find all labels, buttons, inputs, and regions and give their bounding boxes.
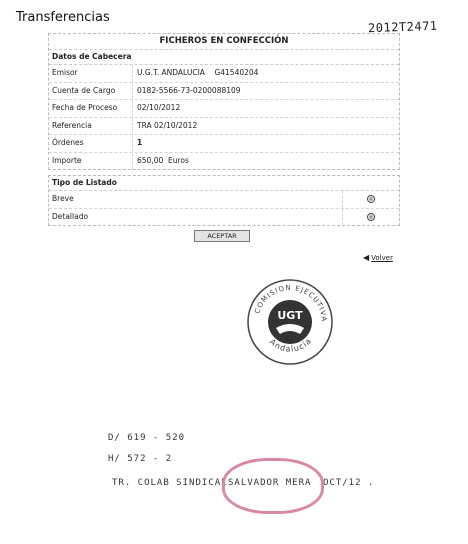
svg-text:UGT: UGT bbox=[277, 309, 303, 322]
handwritten-note-line2: H/ 572 - 2 bbox=[108, 454, 172, 464]
header-data-box: FICHEROS EN CONFECCIÓN Datos de Cabecera… bbox=[48, 33, 400, 170]
row-value: 1 bbox=[133, 135, 399, 152]
handwritten-note-line3-prefix: TR. COLAB SINDICAL bbox=[112, 478, 228, 488]
row-value: TRA 02/10/2012 bbox=[133, 118, 399, 135]
handwritten-note-date: OCT/12 . bbox=[323, 478, 374, 488]
handwritten-note-line1: D/ 619 - 520 bbox=[108, 433, 185, 443]
option-label: Detallado bbox=[49, 209, 343, 226]
radio-option-detallado[interactable]: Detallado bbox=[49, 209, 399, 226]
option-label: Breve bbox=[49, 191, 343, 208]
highlight-circle bbox=[222, 458, 324, 514]
row-label: Referencia bbox=[49, 118, 133, 135]
table-row: Órdenes 1 bbox=[49, 135, 399, 153]
table-row: Cuenta de Cargo 0182-5566-73-0200088109 bbox=[49, 83, 399, 101]
section-title: Datos de Cabecera bbox=[49, 50, 399, 65]
radio-button-detallado[interactable] bbox=[367, 213, 375, 221]
table-row: Fecha de Proceso 02/10/2012 bbox=[49, 100, 399, 118]
accept-button[interactable]: ACEPTAR bbox=[194, 230, 250, 242]
row-label: Emisor bbox=[49, 65, 133, 82]
table-row: Referencia TRA 02/10/2012 bbox=[49, 118, 399, 136]
table-row: Importe 650,00 Euros bbox=[49, 153, 399, 170]
radio-option-breve[interactable]: Breve bbox=[49, 191, 399, 209]
row-value: U.G.T. ANDALUCIA G41540204 bbox=[133, 65, 399, 82]
row-value: 0182-5566-73-0200088109 bbox=[133, 83, 399, 100]
row-label: Fecha de Proceso bbox=[49, 100, 133, 117]
row-value: 02/10/2012 bbox=[133, 100, 399, 117]
table-row: Emisor U.G.T. ANDALUCIA G41540204 bbox=[49, 65, 399, 83]
box-header: FICHEROS EN CONFECCIÓN bbox=[49, 34, 399, 50]
row-value: 650,00 Euros bbox=[133, 153, 399, 170]
back-label: Volver bbox=[371, 254, 393, 262]
row-label: Importe bbox=[49, 153, 133, 170]
listing-type-box: Tipo de Listado Breve Detallado bbox=[48, 175, 400, 226]
row-label: Cuenta de Cargo bbox=[49, 83, 133, 100]
ugt-stamp: UGT COMISION EJECUTIVA Andalucía bbox=[246, 278, 334, 366]
back-arrow-icon: ◀ bbox=[363, 253, 369, 262]
section-title: Tipo de Listado bbox=[49, 176, 399, 191]
back-link[interactable]: ◀Volver bbox=[363, 253, 393, 262]
radio-button-breve[interactable] bbox=[367, 195, 375, 203]
row-label: Órdenes bbox=[49, 135, 133, 152]
page-title: Transferencias bbox=[16, 10, 110, 25]
